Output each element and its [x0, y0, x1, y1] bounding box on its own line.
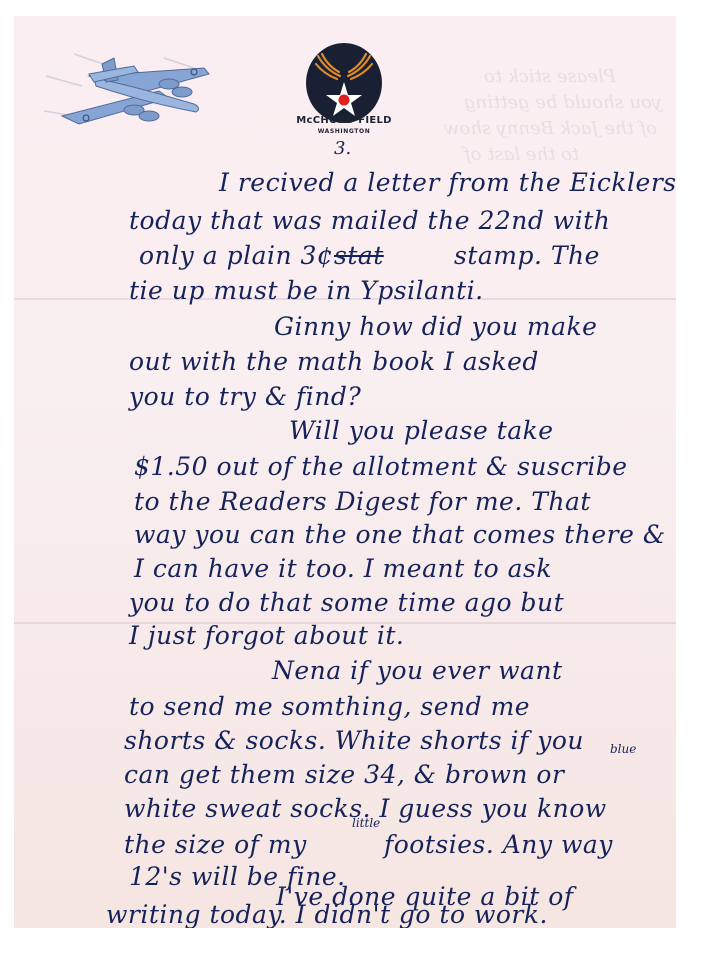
letter-line: way you can the one that comes there & — [134, 520, 666, 549]
bomber-plane-icon — [34, 36, 224, 126]
letter-line: footsies. Any way — [384, 830, 613, 859]
letter-line: Nena if you ever want — [272, 656, 563, 685]
letter-line: writing today. I didn't go to work. — [106, 900, 548, 928]
letterhead-title: McCHORD FIELD — [244, 115, 444, 126]
letter-line: can get them size 34, & brown or — [124, 760, 564, 789]
letter-line: Ginny how did you make — [274, 312, 597, 341]
bleed-through-text: to the last of — [464, 144, 579, 165]
letter-line: to send me somthing, send me — [129, 692, 530, 721]
letter-line: I just forgot about it. — [129, 621, 404, 650]
letter-line: today that was mailed the 22nd with — [129, 206, 610, 235]
letter-line: tie up must be in Ypsilanti. — [129, 276, 484, 305]
bleed-through-text: you should be getting — [464, 92, 662, 113]
page-number: 3. — [334, 138, 351, 159]
letter-line: Will you please take — [289, 416, 554, 445]
bleed-through-text: of the Jack Benny show — [444, 118, 657, 139]
army-air-forces-emblem-icon — [304, 42, 384, 124]
letter-line: out with the math book I asked — [129, 347, 539, 376]
letter-page: Please stick to you should be getting of… — [14, 16, 676, 928]
letter-line: stamp. The — [454, 241, 600, 270]
inserted-word: little — [352, 816, 380, 830]
letter-line: only a plain 3¢ — [139, 241, 333, 270]
letterhead-subtitle: WASHINGTON — [244, 128, 444, 135]
letter-line: $1.50 out of the allotment & suscribe — [134, 452, 628, 481]
letter-line: you to try & find? — [129, 382, 361, 411]
inserted-word: blue — [610, 742, 636, 756]
letter-line: I can have it too. I meant to ask — [134, 554, 552, 583]
letter-line: to the Readers Digest for me. That — [134, 487, 591, 516]
letter-line: the size of my — [124, 830, 307, 859]
struck-word: stat — [334, 241, 384, 270]
bleed-through-text: Please stick to — [484, 66, 616, 87]
letter-line: shorts & socks. White shorts if you — [124, 726, 584, 755]
letter-line: you to do that some time ago but — [129, 588, 564, 617]
letter-line: I recived a letter from the Eicklers — [219, 168, 676, 197]
